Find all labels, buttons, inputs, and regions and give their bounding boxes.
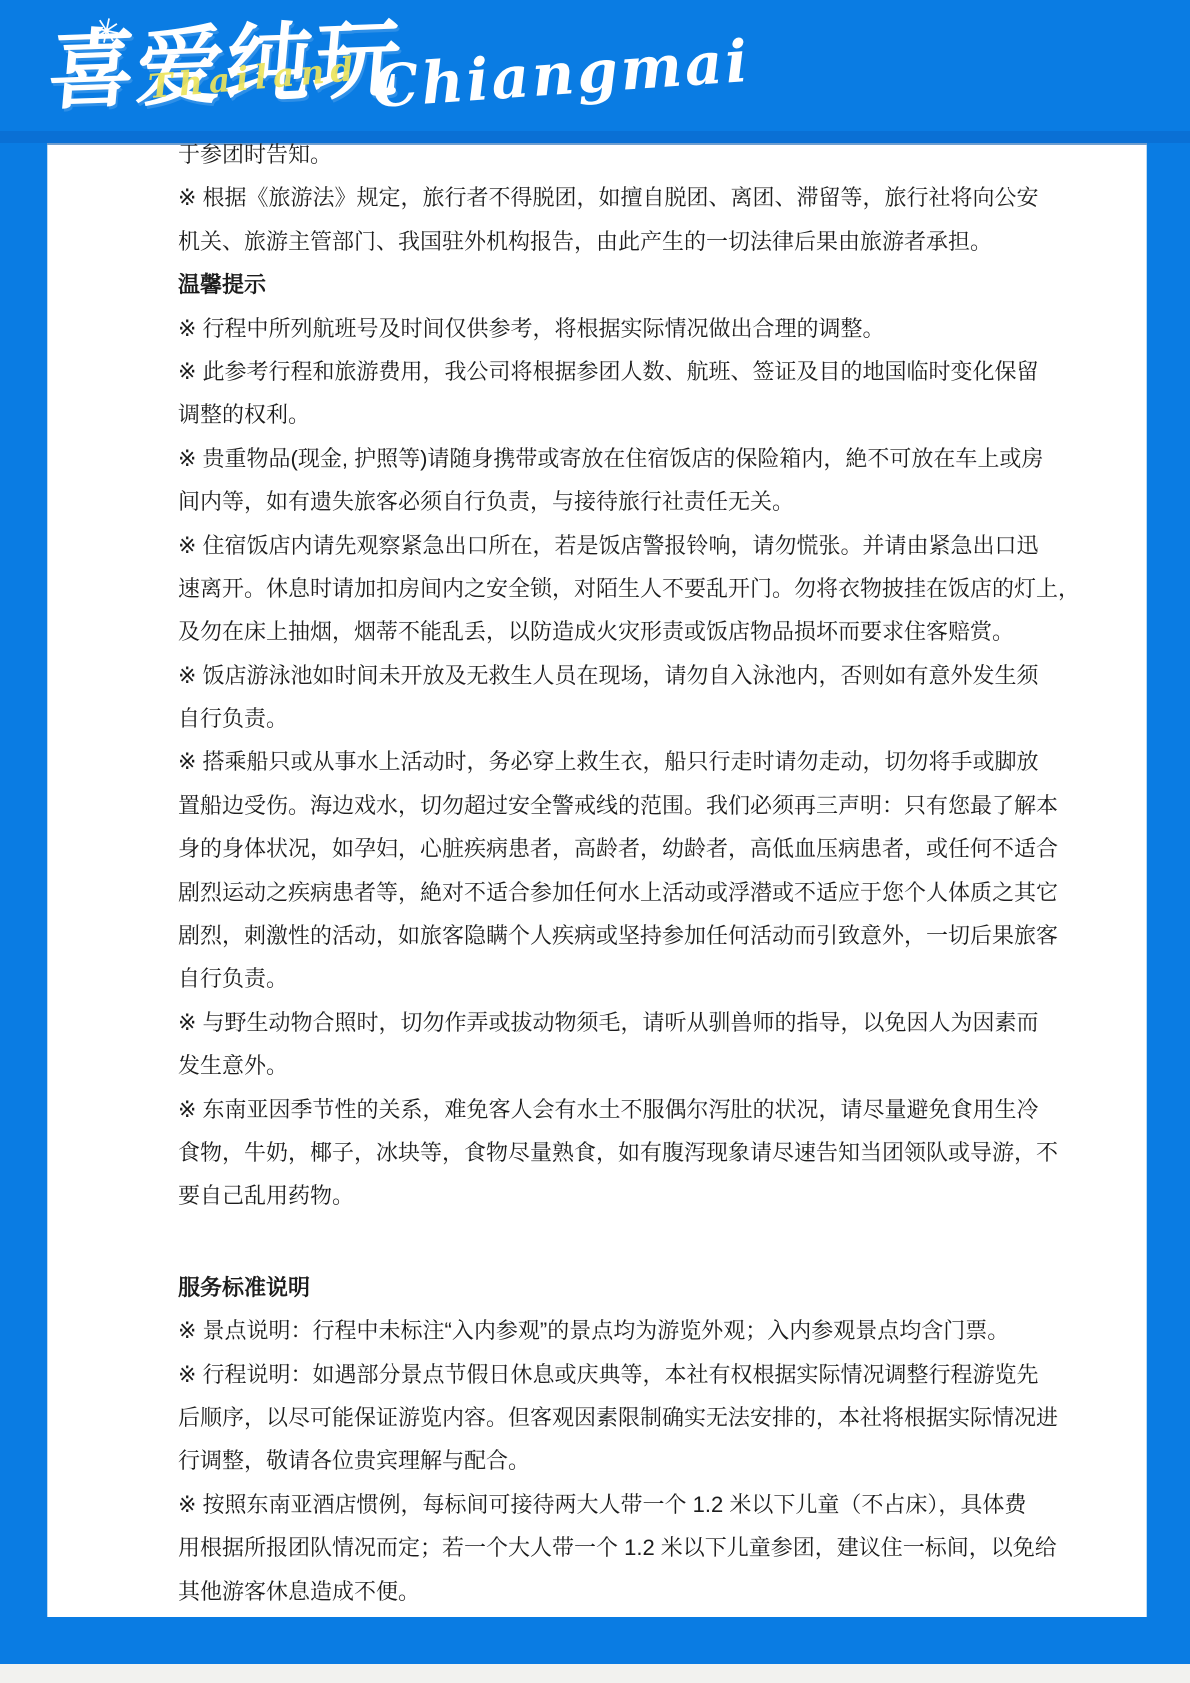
- text-line: ※ 搭乘船只或从事水上活动时，务必穿上救生衣，船只行走时请勿走动，切勿将手或脚放: [178, 740, 1040, 783]
- text-line: ※ 贵重物品(现金, 护照等)请随身携带或寄放在住宿饭店的保险箱内，絶不可放在车…: [178, 437, 1040, 480]
- text-line: 后顺序，以尽可能保证游览内容。但客观因素限制确实无法安排的，本社将根据实际情况进: [178, 1396, 1040, 1439]
- text-line: 机关、旅游主管部门、我国驻外机构报告，由此产生的一切法律后果由旅游者承担。: [178, 220, 1040, 263]
- text-line: 用根据所报团队情况而定；若一个大人带一个 1.2 米以下儿童参团，建议住一标间，…: [178, 1526, 1040, 1569]
- destination-script: Chiangmai: [370, 27, 752, 121]
- text-line: 自行负责。: [178, 697, 1040, 740]
- text-line: ※ 饭店游泳池如时间未开放及无救生人员在现场，请勿自入泳池内，否则如有意外发生须: [178, 654, 1040, 697]
- text-line: 其他游客休息造成不便。: [178, 1570, 1040, 1613]
- text-line: ※ 景点说明：行程中未标注“入内参观”的景点均为游览外观；入内参观景点均含门票。: [178, 1309, 1040, 1352]
- text-line: ※ 与野生动物合照时，切勿作弄或拔动物须毛，请听从驯兽师的指导，以免因人为因素而: [178, 1001, 1040, 1044]
- section-gap: [178, 1218, 1040, 1266]
- document-text: 于参团时告知。※ 根据《旅游法》规定，旅行者不得脱团，如擅自脱团、离团、滞留等，…: [178, 133, 1040, 1613]
- text-line: 行调整，敬请各位贵宾理解与配合。: [178, 1439, 1040, 1482]
- text-line: 及勿在床上抽烟，烟蒂不能乱丢，以防造成火灾形责或饭店物品损坏而要求住客赔赏。: [178, 610, 1040, 653]
- text-line: 发生意外。: [178, 1044, 1040, 1087]
- text-line: ※ 行程中所列航班号及时间仅供参考，将根据实际情况做出合理的调整。: [178, 307, 1040, 350]
- text-line: 速离开。休息时请加扣房间内之安全锁，对陌生人不要乱开门。勿将衣物披挂在饭店的灯上…: [178, 567, 1040, 610]
- text-line: ※ 住宿饭店内请先观察紧急出口所在，若是饭店警报铃响，请勿慌张。并请由紧急出口迅: [178, 524, 1040, 567]
- text-line: ※ 按照东南亚酒店惯例，每标间可接待两大人带一个 1.2 米以下儿童（不占床），…: [178, 1483, 1040, 1526]
- text-line: 食物，牛奶，椰子，冰块等，食物尽量熟食，如有腹泻现象请尽速告知当团领队或导游，不: [178, 1131, 1040, 1174]
- text-line: 要自己乱用药物。: [178, 1174, 1040, 1217]
- text-line: 剧烈运动之疾病患者等，絶对不适合参加任何水上活动或浮潜或不适应于您个人体质之其它: [178, 871, 1040, 914]
- text-line: 自行负责。: [178, 957, 1040, 1000]
- text-line: ※ 根据《旅游法》规定，旅行者不得脱团，如擅自脱团、离团、滞留等，旅行社将向公安: [178, 176, 1040, 219]
- text-line: ※ 东南亚因季节性的关系，难免客人会有水土不服偶尔泻肚的状况，请尽量避免食用生冷: [178, 1088, 1040, 1131]
- text-line: 调整的权利。: [178, 393, 1040, 436]
- page-frame: 喜爱纯玩 ✳ Thailand Chiangmai 于参团时告知。※ 根据《旅游…: [0, 0, 1190, 1664]
- text-line: 身的身体状况，如孕妇，心脏疾病患者，高龄者，幼龄者，高低血压病患者，或任何不适合: [178, 827, 1040, 870]
- text-line: 于参团时告知。: [178, 133, 1040, 176]
- text-line: 置船边受伤。海边戏水，切勿超过安全警戒线的范围。我们必须再三声明：只有您最了解本: [178, 784, 1040, 827]
- section-heading: 温馨提示: [178, 263, 1040, 306]
- footer-strip: [0, 1664, 1190, 1683]
- text-line: 剧烈，刺激性的活动，如旅客隐瞒个人疾病或坚持参加任何活动而引致意外，一切后果旅客: [178, 914, 1040, 957]
- section-heading: 服务标准说明: [178, 1266, 1040, 1309]
- text-line: ※ 行程说明：如遇部分景点节假日休息或庆典等，本社有权根据实际情况调整行程游览先: [178, 1353, 1040, 1396]
- text-line: 间内等，如有遗失旅客必须自行负责，与接待旅行社责任无关。: [178, 480, 1040, 523]
- text-line: ※ 此参考行程和旅游费用，我公司将根据参团人数、航班、签证及目的地国临时变化保留: [178, 350, 1040, 393]
